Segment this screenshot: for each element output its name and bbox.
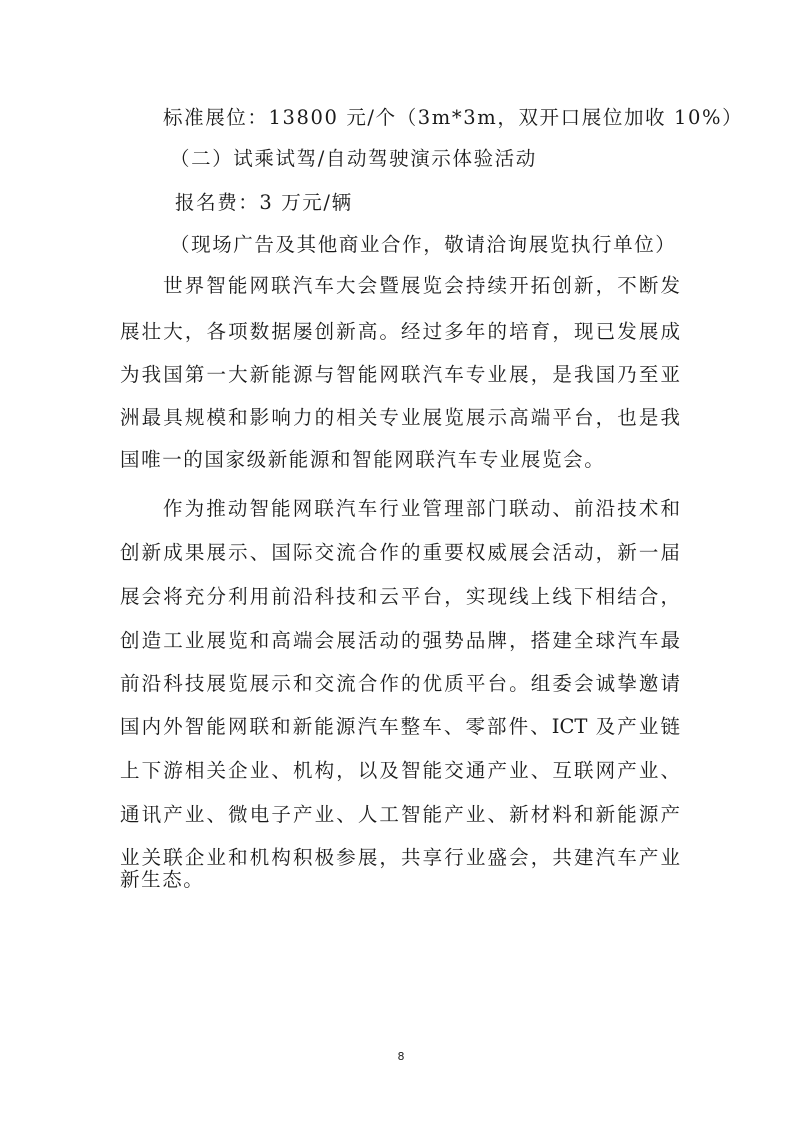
standard-booth-price: 标准展位：13800 元/个（3m*3m，双开口展位加收 10%） xyxy=(163,104,683,132)
document-page: 标准展位：13800 元/个（3m*3m，双开口展位加收 10%） （二）试乘试… xyxy=(0,0,802,1134)
page-number: 8 xyxy=(0,1050,802,1063)
paragraph-2-line-5: 前沿科技展览展示和交流合作的优质平台。组委会诚挚邀请 xyxy=(120,670,680,698)
paragraph-2-line-10: 新生态。 xyxy=(120,866,680,894)
paragraph-1-line-5: 国唯一的国家级新能源和智能网联汽车专业展览会。 xyxy=(120,446,680,474)
paragraph-2-line-3: 展会将充分利用前沿科技和云平台，实现线上线下相结合， xyxy=(120,583,680,611)
paragraph-1-line-4: 洲最具规模和影响力的相关专业展览展示高端平台，也是我 xyxy=(120,404,680,432)
paragraph-2-line-7: 上下游相关企业、机构，以及智能交通产业、互联网产业、 xyxy=(120,757,680,785)
paragraph-1-line-3: 为我国第一大新能源与智能网联汽车专业展，是我国乃至亚 xyxy=(120,361,680,389)
paragraph-2-line-8: 通讯产业、微电子产业、人工智能产业、新材料和新能源产 xyxy=(120,801,680,829)
section-heading-test-drive: （二）试乘试驾/自动驾驶演示体验活动 xyxy=(170,145,650,173)
advertising-note: （现场广告及其他商业合作，敬请洽询展览执行单位） xyxy=(170,231,690,259)
paragraph-1-line-1: 世界智能网联汽车大会暨展览会持续开拓创新，不断发 xyxy=(163,272,680,300)
paragraph-2-line-6: 国内外智能网联和新能源汽车整车、零部件、ICT 及产业链 xyxy=(120,713,680,741)
paragraph-2-line-2: 创新成果展示、国际交流合作的重要权威展会活动，新一届 xyxy=(120,539,680,567)
paragraph-1-line-2: 展壮大，各项数据屡创新高。经过多年的培育，现已发展成 xyxy=(120,318,680,346)
paragraph-2-line-4: 创造工业展览和高端会展活动的强势品牌，搭建全球汽车最 xyxy=(120,627,680,655)
registration-fee: 报名费：3 万元/辆 xyxy=(175,189,475,217)
paragraph-2-line-1: 作为推动智能网联汽车行业管理部门联动、前沿技术和 xyxy=(163,495,680,523)
